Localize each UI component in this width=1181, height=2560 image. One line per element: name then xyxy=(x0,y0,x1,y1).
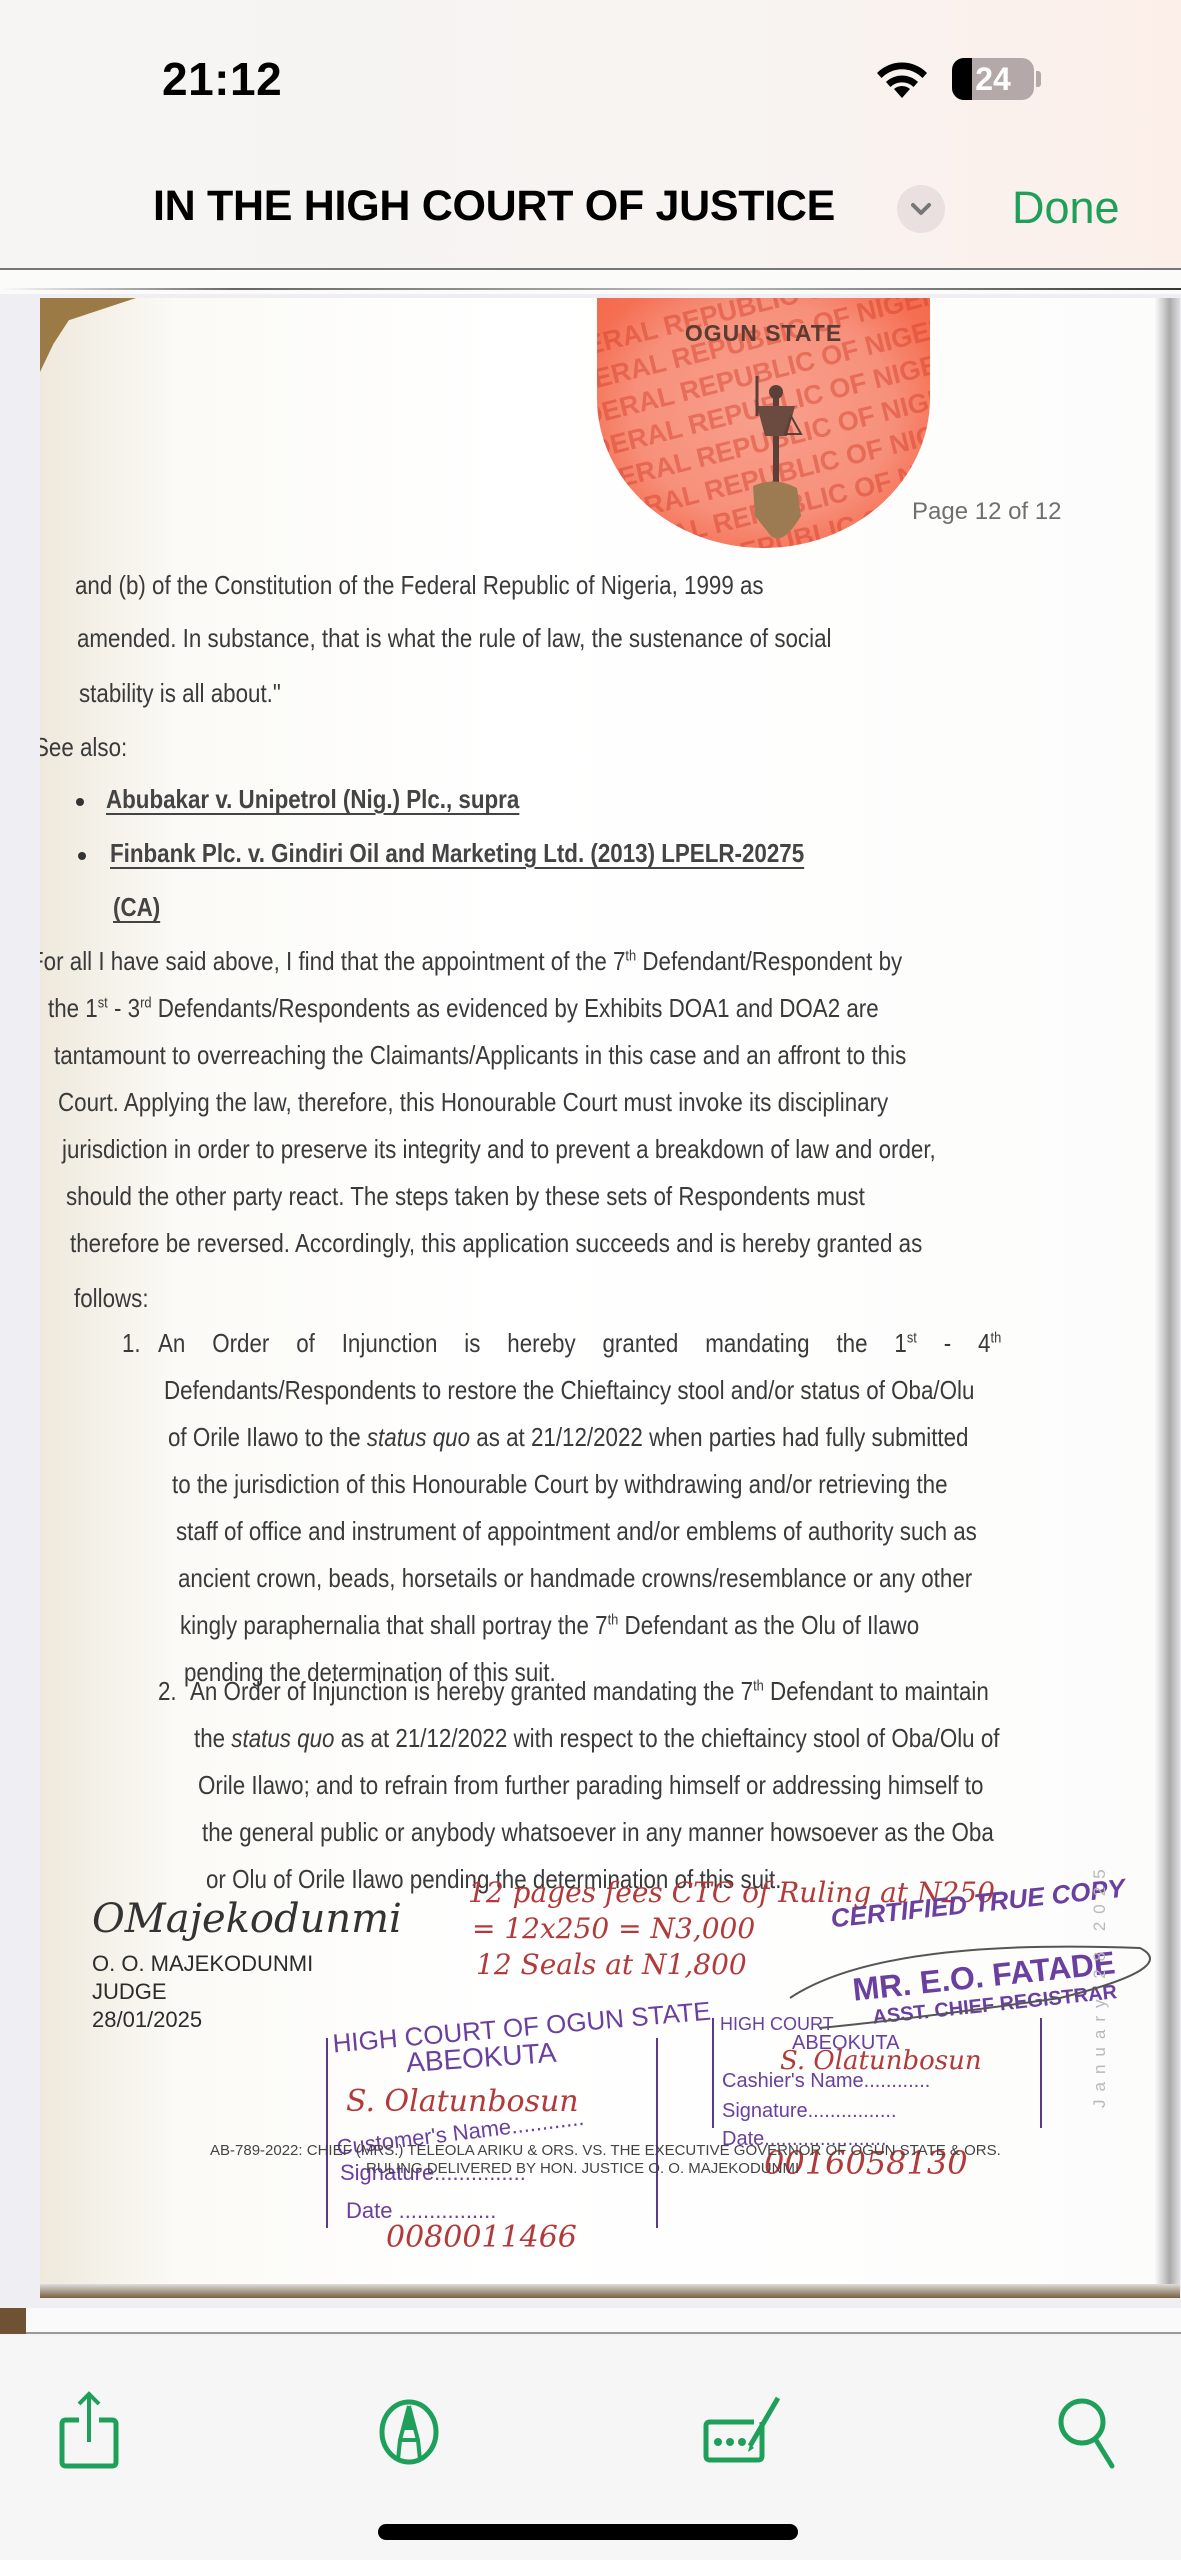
paragraph-line: should the other party react. The steps … xyxy=(66,1181,865,1212)
citation-link: Abubakar v. Unipetrol (Nig.) Plc., supra xyxy=(106,784,519,815)
search-icon xyxy=(1054,2390,1124,2470)
battery-percent: 24 xyxy=(952,61,1034,98)
next-page-edge xyxy=(0,2308,1181,2334)
page-corner-fold xyxy=(40,298,136,372)
order-line: staff of office and instrument of appoin… xyxy=(176,1516,977,1547)
order-line: Defendants/Respondents to restore the Ch… xyxy=(164,1375,974,1406)
wifi-icon xyxy=(874,58,930,100)
justice-figure-icon xyxy=(735,376,815,546)
case-footer: AB-789-2022: CHIEF (MRS.) TELEOLA ARIKU … xyxy=(210,2142,1001,2159)
title-menu-button[interactable] xyxy=(897,185,945,233)
bullet xyxy=(78,852,86,860)
quote-line: stability is all about." xyxy=(79,678,281,709)
receipt-number-handwriting: 0080011466 xyxy=(386,2220,577,2255)
judgment-date: 28/01/2025 xyxy=(92,2006,313,2034)
order-line: Orile Ilawo; and to refrain from further… xyxy=(198,1770,983,1801)
clock: 21:12 xyxy=(162,52,282,106)
share-icon xyxy=(54,2390,124,2470)
page-number-label: Page 12 of 12 xyxy=(912,498,1061,526)
bullet xyxy=(76,798,84,806)
markup-button[interactable] xyxy=(374,2390,444,2470)
page-bottom-edge xyxy=(40,2284,1180,2298)
document-viewer[interactable]: FEDERAL REPUBLIC OF NIGERIA FEDERAL REPU… xyxy=(0,294,1181,2334)
order-line: ancient crown, beads, horsetails or hand… xyxy=(178,1563,972,1594)
judge-title: JUDGE xyxy=(92,1978,313,2006)
citation-link: (CA) xyxy=(113,892,160,923)
markup-pen-icon xyxy=(374,2390,444,2470)
order-number: 1. xyxy=(122,1328,141,1359)
order-line: the status quo as at 21/12/2022 with res… xyxy=(194,1723,999,1754)
previous-page-edge xyxy=(0,268,1181,294)
paragraph-line: the 1st - 3rd Defendants/Respondents as … xyxy=(48,993,879,1024)
quote-line: and (b) of the Constitution of the Feder… xyxy=(75,570,764,601)
paragraph-line: For all I have said above, I find that t… xyxy=(40,946,902,977)
order-line: of Orile Ilawo to the status quo as at 2… xyxy=(168,1422,968,1453)
order-line: the general public or anybody whatsoever… xyxy=(202,1817,994,1848)
fill-sign-icon xyxy=(702,2390,788,2470)
battery-tip xyxy=(1036,71,1041,87)
title-bar: IN THE HIGH COURT OF JUSTICE Done xyxy=(0,160,1181,260)
battery-indicator: 24 xyxy=(952,58,1034,100)
search-button[interactable] xyxy=(1054,2390,1124,2470)
order-line: An Order of Injunction is hereby granted… xyxy=(158,1328,1001,1359)
judge-signature: OMajekodunmi xyxy=(92,1896,402,1942)
signature-block: O. O. MAJEKODUNMI JUDGE 28/01/2025 xyxy=(92,1950,313,2034)
done-button[interactable]: Done xyxy=(1012,182,1120,234)
side-date-stamp: January 28 2025 xyxy=(1090,1861,1110,2108)
citation-link: Finbank Plc. v. Gindiri Oil and Marketin… xyxy=(110,838,804,869)
paragraph-line: therefore be reversed. Accordingly, this… xyxy=(70,1228,922,1259)
ogun-state-seal: FEDERAL REPUBLIC OF NIGERIA FEDERAL REPU… xyxy=(597,298,930,548)
chevron-down-icon xyxy=(897,185,945,233)
order-number: 2. xyxy=(158,1676,177,1707)
status-bar: 21:12 24 xyxy=(0,0,1181,150)
paragraph-line: jurisdiction in order to preserve its in… xyxy=(62,1134,936,1165)
handwritten-note: = 12x250 = N3,000 xyxy=(472,1912,755,1945)
cashier-name-field: Cashier's Name............ xyxy=(722,2070,930,2093)
document-page: FEDERAL REPUBLIC OF NIGERIA FEDERAL REPU… xyxy=(40,298,1180,2298)
see-also-label: See also: xyxy=(40,732,127,763)
order-line: kingly paraphernalia that shall portray … xyxy=(180,1610,919,1641)
share-button[interactable] xyxy=(54,2390,124,2470)
quote-line: amended. In substance, that is what the … xyxy=(77,623,831,654)
document-title[interactable]: IN THE HIGH COURT OF JUSTICE xyxy=(153,182,835,231)
fill-and-sign-button[interactable] xyxy=(702,2390,788,2470)
handwritten-note: 12 Seals at N1,800 xyxy=(476,1948,747,1981)
seal-title: OGUN STATE xyxy=(597,320,930,347)
order-line: to the jurisdiction of this Honourable C… xyxy=(172,1469,948,1500)
signature-field: Signature................ xyxy=(722,2100,897,2123)
order-line: An Order of Injunction is hereby granted… xyxy=(190,1676,989,1707)
home-indicator[interactable] xyxy=(378,2524,798,2540)
paragraph-line: follows: xyxy=(74,1283,149,1314)
navigation-header: 21:12 24 IN THE HIGH COURT OF JUSTICE Do… xyxy=(0,0,1181,268)
paragraph-line: Court. Applying the law, therefore, this… xyxy=(58,1087,888,1118)
paragraph-line: tantamount to overreaching the Claimants… xyxy=(54,1040,906,1071)
ruling-footer: RULING DELIVERED BY HON. JUSTICE O. O. M… xyxy=(366,2160,799,2177)
judge-name: O. O. MAJEKODUNMI xyxy=(92,1950,313,1978)
